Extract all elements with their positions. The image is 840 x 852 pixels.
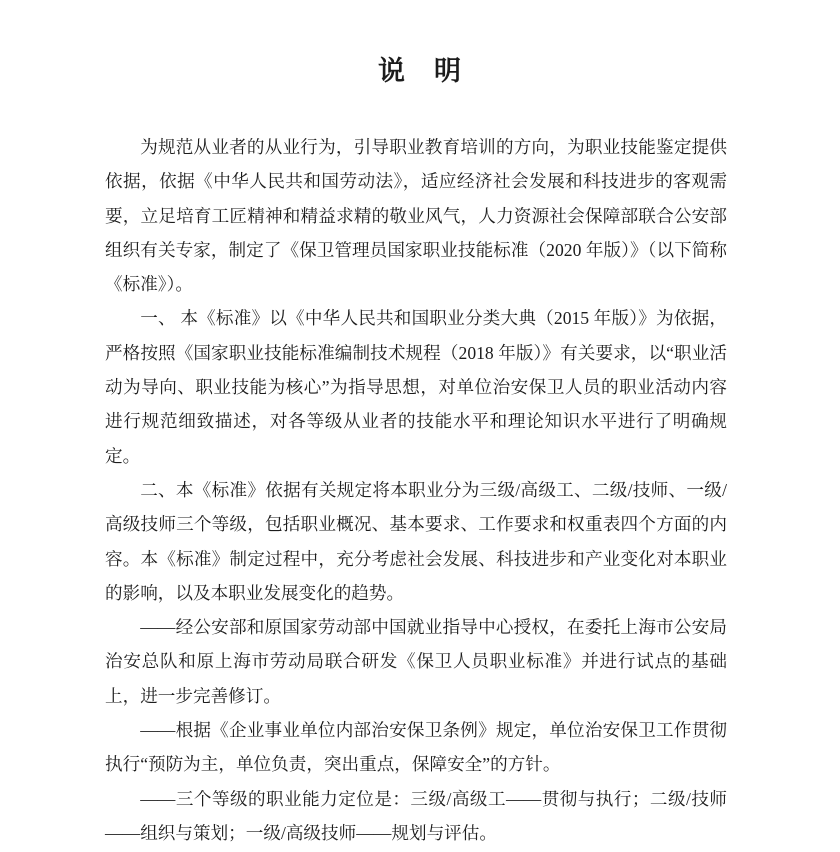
paragraph-dash-authorization: ——经公安部和原国家劳动部中国就业指导中心授权，在委托上海市公安局治安总队和原上…: [105, 610, 727, 713]
paragraph-intro: 为规范从业者的从业行为，引导职业教育培训的方向，为职业技能鉴定提供依据，依据《中…: [105, 130, 727, 301]
paragraph-dash-levels: ——三个等级的职业能力定位是：三级/高级工——贯彻与执行；二级/技师——组织与策…: [105, 782, 727, 851]
paragraph-item-one: 一、 本《标准》以《中华人民共和国职业分类大典（2015 年版）》为依据，严格按…: [105, 301, 727, 472]
paragraph-dash-regulation: ——根据《企业事业单位内部治安保卫条例》规定，单位治安保卫工作贯彻执行“预防为主…: [105, 713, 727, 782]
document-body: 为规范从业者的从业行为，引导职业教育培训的方向，为职业技能鉴定提供依据，依据《中…: [105, 130, 727, 850]
page-title: 说 明: [0, 54, 840, 89]
document-page: 说 明 为规范从业者的从业行为，引导职业教育培训的方向，为职业技能鉴定提供依据，…: [0, 0, 840, 852]
paragraph-item-two: 二、本《标准》依据有关规定将本职业分为三级/高级工、二级/技师、一级/高级技师三…: [105, 473, 727, 610]
